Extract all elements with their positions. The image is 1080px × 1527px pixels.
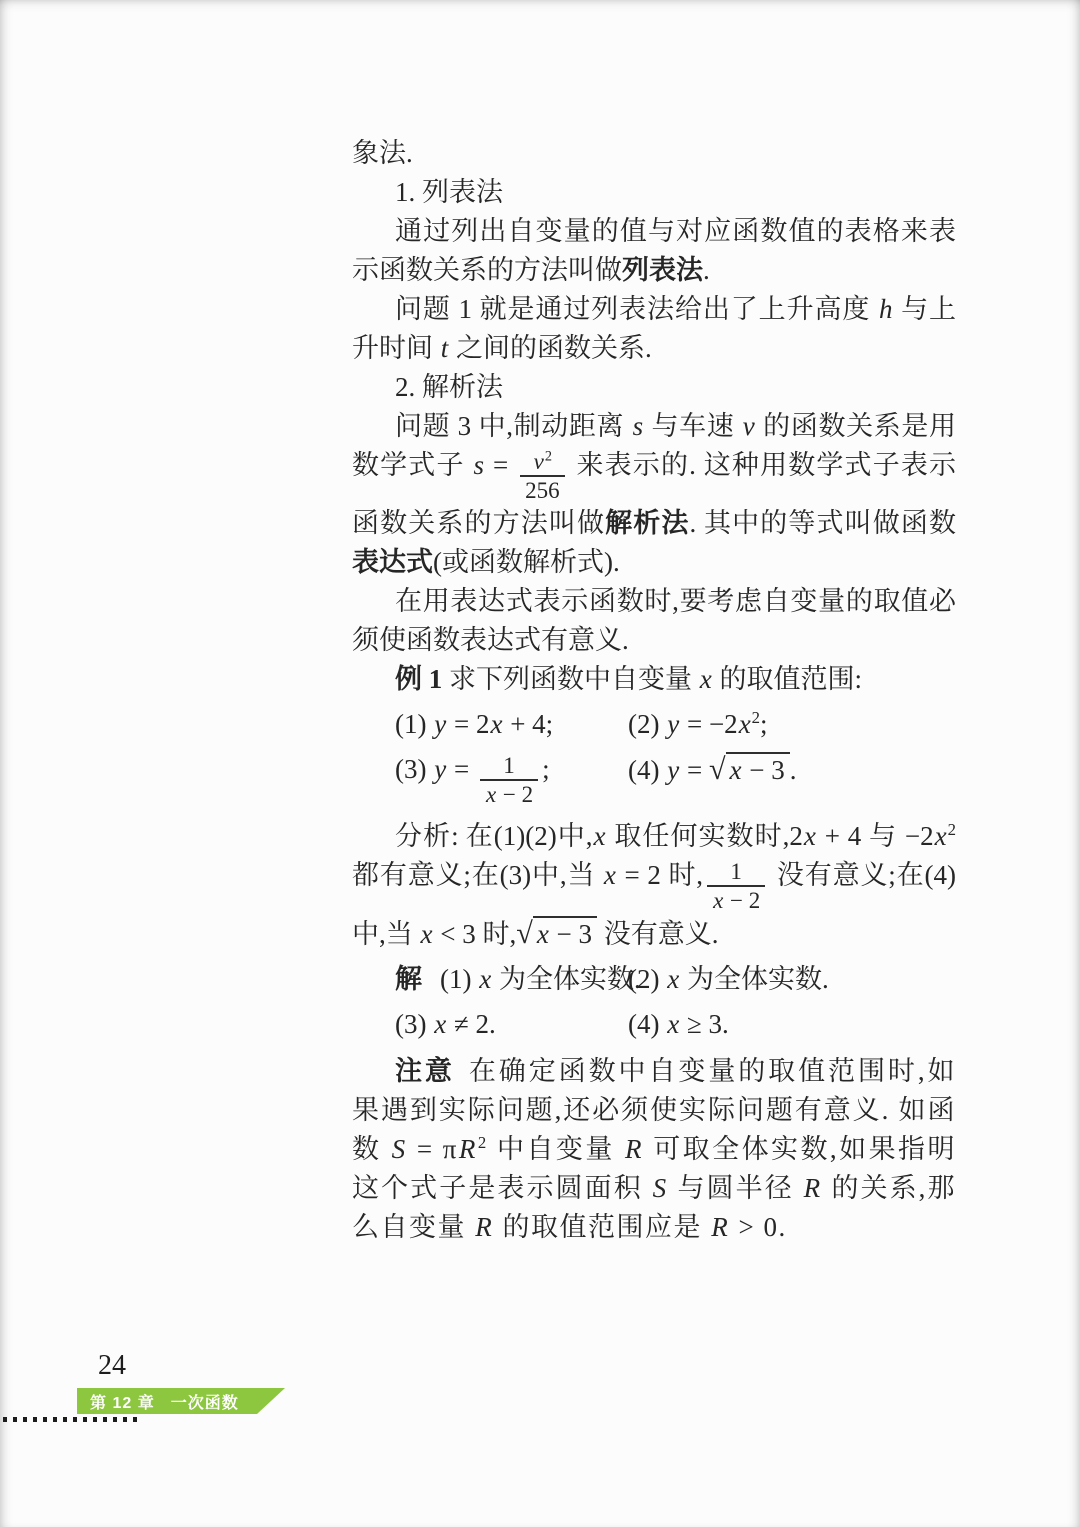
bold-term: 解析法 xyxy=(605,508,689,538)
text-run: − 3 xyxy=(550,919,592,949)
chapter-label: 第 12 章 xyxy=(90,1390,155,1413)
solution-row-2: (3) x ≠ 2. (4) x ≥ 3. xyxy=(352,1005,956,1044)
fraction-1-xminus2: 1x − 2 xyxy=(480,752,538,808)
math-var: x xyxy=(666,1009,680,1039)
math-var: v xyxy=(533,449,545,474)
text-run: (3) xyxy=(395,1009,433,1039)
example-label: 例 1 xyxy=(395,664,442,694)
text-run: + 4 与 −2 xyxy=(817,821,934,851)
math-var: x xyxy=(478,964,492,994)
text-run: 的取值范围应是 xyxy=(494,1212,710,1242)
paragraph-continuation: 象法. xyxy=(352,134,956,173)
math-var: x xyxy=(603,860,617,890)
exponent: 2 xyxy=(948,820,956,839)
math-var: x xyxy=(738,709,752,739)
math-var: x xyxy=(666,964,680,994)
equation-row-2: (3) y = 1x − 2; (4) y = x − 3. xyxy=(352,750,956,808)
exponent: 2 xyxy=(545,448,552,464)
text-run: ; xyxy=(542,754,550,784)
text-run: . 其中的等式叫做函数 xyxy=(689,508,956,538)
text-run: 与圆半径 xyxy=(669,1173,803,1203)
note-label: 注意 xyxy=(395,1056,455,1086)
text-run: . xyxy=(790,755,797,785)
math-var: s xyxy=(473,450,486,480)
heading-list-method: 1. 列表法 xyxy=(352,173,956,212)
text-run: = 2 xyxy=(447,709,489,739)
math-var: R xyxy=(458,1134,478,1164)
solution-1: 解(1) x 为全体实数. xyxy=(352,960,628,999)
text-run: − 2 xyxy=(724,888,760,913)
text-run: 1. 列表法 xyxy=(395,177,503,207)
text-run: (1) xyxy=(395,709,433,739)
textbook-page: 象法. 1. 列表法 通过列出自变量的值与对应函数值的表格来表示函数关系的方法叫… xyxy=(0,0,1080,1527)
text-run: = xyxy=(680,755,709,785)
math-var: R xyxy=(710,1212,730,1242)
math-var: x xyxy=(433,1009,447,1039)
solution-label: 解 xyxy=(395,964,422,994)
math-var: y xyxy=(666,709,680,739)
bold-term: 列表法 xyxy=(622,255,703,285)
paragraph-list-method: 通过列出自变量的值与对应函数值的表格来表示函数关系的方法叫做列表法. xyxy=(352,212,956,290)
math-var: x xyxy=(420,919,434,949)
text-run: = −2 xyxy=(680,709,737,739)
math-var: h xyxy=(878,294,894,324)
page-number: 24 xyxy=(98,1350,126,1382)
text-run: 没有意义. xyxy=(597,919,719,949)
text-run: = xyxy=(485,450,516,480)
text-run: 为全体实数. xyxy=(680,964,829,994)
text-run: 与车速 xyxy=(644,411,742,441)
equation-1: (1) y = 2x + 4; xyxy=(352,705,628,744)
solution-row-1: 解(1) x 为全体实数. (2) x 为全体实数. xyxy=(352,960,956,999)
text-run: 在用表达式表示函数时,要考虑自变量的取值必须使函数表达式有意义. xyxy=(352,586,956,655)
fraction-v2-256: v2256 xyxy=(520,448,565,504)
text-run: − 3 xyxy=(743,755,785,785)
text-run: + 4; xyxy=(503,709,553,739)
text-run: (1) xyxy=(440,964,478,994)
page-content: 象法. 1. 列表法 通过列出自变量的值与对应函数值的表格来表示函数关系的方法叫… xyxy=(352,134,956,1247)
bold-term: 表达式 xyxy=(352,547,433,577)
math-var: S xyxy=(391,1134,408,1164)
text-run: (4) xyxy=(628,755,666,785)
math-var: R xyxy=(624,1134,644,1164)
denominator: x − 2 xyxy=(480,779,538,808)
equation-2: (2) y = −2x2; xyxy=(628,705,956,744)
text-run: − 2 xyxy=(497,782,533,807)
text-run: = π xyxy=(408,1134,458,1164)
chapter-title: 一次函数 xyxy=(171,1390,239,1413)
denominator: 256 xyxy=(520,475,565,504)
analysis-label: 分析: xyxy=(395,821,459,851)
math-var: t xyxy=(440,333,450,363)
text-run: 的取值范围: xyxy=(713,664,862,694)
math-var: x xyxy=(934,821,948,851)
solution-4: (4) x ≥ 3. xyxy=(628,1005,956,1044)
equation-4: (4) y = x − 3. xyxy=(628,750,956,808)
text-run: = 2 时, xyxy=(617,860,703,890)
numerator: 1 xyxy=(480,752,538,779)
text-run: 在(1)(2)中, xyxy=(465,821,593,851)
equation-3: (3) y = 1x − 2; xyxy=(352,750,628,808)
text-run: 之间的函数关系. xyxy=(449,333,652,363)
paragraph-problem1: 问题 1 就是通过列表法给出了上升高度 h 与上升时间 t 之间的函数关系. xyxy=(352,290,956,368)
fraction-1-xminus2: 1x − 2 xyxy=(707,858,765,914)
text-run: < 3 时, xyxy=(433,919,516,949)
math-var: x xyxy=(489,709,503,739)
math-var: x xyxy=(712,888,724,913)
example1-heading: 例 1 求下列函数中自变量 x 的取值范围: xyxy=(352,660,956,699)
paragraph-problem3: 问题 3 中,制动距离 s 与车速 v 的函数关系是用数学式子 s = v225… xyxy=(352,407,956,582)
text-run: ; xyxy=(760,709,768,739)
math-var: s xyxy=(632,411,645,441)
text-run: ≥ 3. xyxy=(680,1009,729,1039)
solution-3: (3) x ≠ 2. xyxy=(352,1005,628,1044)
text-run: = xyxy=(447,754,476,784)
text-run: 象法. xyxy=(352,138,413,168)
analysis-paragraph: 分析:在(1)(2)中,x 取任何实数时,2x + 4 与 −2x2 都有意义;… xyxy=(352,817,956,954)
equation-row-1: (1) y = 2x + 4; (2) y = −2x2; xyxy=(352,705,956,744)
sqrt-expression: x − 3 xyxy=(516,914,597,954)
text-run: 求下列函数中自变量 xyxy=(442,664,699,694)
dotted-rule xyxy=(3,1417,139,1422)
math-var: x xyxy=(699,664,713,694)
math-var: y xyxy=(433,709,447,739)
sqrt-expression: x − 3 xyxy=(709,750,790,790)
text-run: 为全体实数. xyxy=(492,964,641,994)
math-var: y xyxy=(433,754,447,784)
math-var: x xyxy=(536,919,550,949)
math-var: S xyxy=(652,1173,669,1203)
math-var: x xyxy=(729,755,743,785)
note-paragraph: 注意在确定函数中自变量的取值范围时,如果遇到实际问题,还必须使实际问题有意义. … xyxy=(352,1052,956,1247)
chapter-ribbon: 第 12 章 一次函数 xyxy=(77,1388,285,1414)
text-run: 都有意义;在(3)中,当 xyxy=(352,860,603,890)
math-var: x xyxy=(485,782,497,807)
text-run: . xyxy=(703,255,710,285)
text-run: 问题 3 中,制动距离 xyxy=(395,411,632,441)
text-run: 2. 解析法 xyxy=(395,372,503,402)
text-run: (或函数解析式). xyxy=(433,547,620,577)
math-var: x xyxy=(803,821,817,851)
text-run: > 0. xyxy=(730,1212,786,1242)
text-run: 问题 1 就是通过列表法给出了上升高度 xyxy=(395,294,878,324)
paragraph-domain-note: 在用表达式表示函数时,要考虑自变量的取值必须使函数表达式有意义. xyxy=(352,582,956,660)
text-run: (2) xyxy=(628,709,666,739)
math-var: R xyxy=(474,1212,494,1242)
solution-2: (2) x 为全体实数. xyxy=(628,960,956,999)
text-run: 中自变量 xyxy=(488,1134,624,1164)
text-run: (3) xyxy=(395,754,433,784)
heading-analytic-method: 2. 解析法 xyxy=(352,368,956,407)
exponent: 2 xyxy=(752,708,760,727)
math-var: x xyxy=(593,821,607,851)
text-run: (2) xyxy=(628,964,666,994)
math-var: v xyxy=(742,411,756,441)
exponent: 2 xyxy=(478,1133,488,1152)
numerator: 1 xyxy=(707,858,765,885)
text-run: 取任何实数时,2 xyxy=(607,821,803,851)
math-var: R xyxy=(803,1173,823,1203)
denominator: x − 2 xyxy=(707,885,765,914)
math-var: y xyxy=(666,755,680,785)
text-run: ≠ 2. xyxy=(447,1009,496,1039)
text-run: (4) xyxy=(628,1009,666,1039)
